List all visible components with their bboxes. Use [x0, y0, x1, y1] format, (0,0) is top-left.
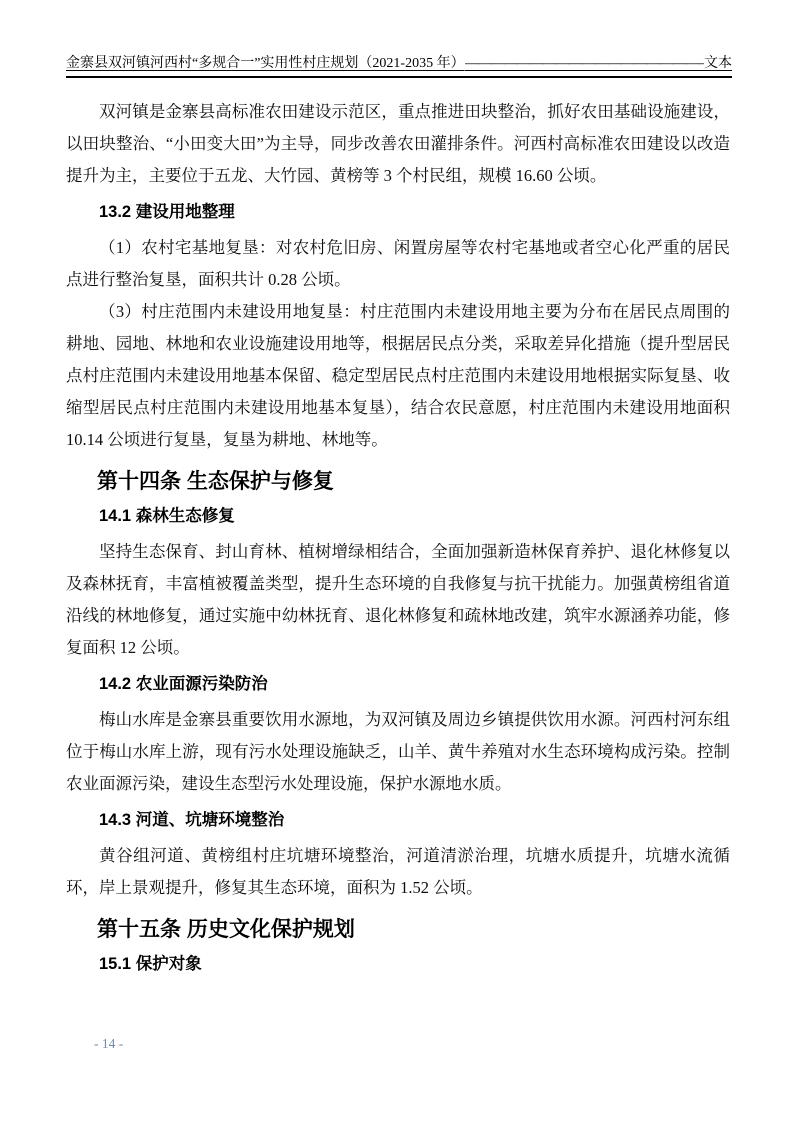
header-doc-type-label: 文本: [704, 55, 732, 73]
page-body: 双河镇是金寨县高标准农田建设示范区，重点推进田块整治，抓好农田基础设施建设，以田…: [66, 96, 730, 984]
heading-article-14-ecology: 第十四条 生态保护与修复: [66, 468, 730, 495]
header-dash-filler: ————————————————————————————————————————: [465, 55, 704, 73]
page-number: - 14 -: [94, 1036, 123, 1052]
heading-article-15-heritage: 第十五条 历史文化保护规划: [66, 916, 730, 943]
paragraph-farmland-construction: 双河镇是金寨县高标准农田建设示范区，重点推进田块整治，抓好农田基础设施建设，以田…: [66, 96, 730, 192]
paragraph-homestead-reclamation: （1）农村宅基地复垦：对农村危旧房、闲置房屋等农村宅基地或者空心化严重的居民点进…: [66, 232, 730, 296]
page-header-line: 金寨县双河镇河西村“多规合一”实用性村庄规划（2021-2035 年） ————…: [66, 55, 732, 73]
heading-13-2-construction-land: 13.2 建设用地整理: [66, 201, 730, 223]
page-header: 金寨县双河镇河西村“多规合一”实用性村庄规划（2021-2035 年） ————…: [66, 55, 732, 78]
heading-14-3-river-pond-improvement: 14.3 河道、坑塘环境整治: [66, 809, 730, 831]
heading-14-2-pollution-control: 14.2 农业面源污染防治: [66, 673, 730, 695]
document-page: 金寨县双河镇河西村“多规合一”实用性村庄规划（2021-2035 年） ————…: [0, 0, 794, 1122]
paragraph-river-pond-improvement: 黄谷组河道、黄榜组村庄坑塘环境整治，河道清淤治理，坑塘水质提升，坑塘水流循环，岸…: [66, 840, 730, 904]
heading-14-1-forest-restoration: 14.1 森林生态修复: [66, 505, 730, 527]
paragraph-pollution-control: 梅山水库是金寨县重要饮用水源地，为双河镇及周边乡镇提供饮用水源。河西村河东组位于…: [66, 704, 730, 800]
heading-15-1-protection-objects: 15.1 保护对象: [66, 953, 730, 975]
paragraph-unbuilt-land-reclamation: （3）村庄范围内未建设用地复垦：村庄范围内未建设用地主要为分布在居民点周围的耕地…: [66, 296, 730, 456]
paragraph-forest-restoration: 坚持生态保育、封山育林、植树增绿相结合，全面加强新造林保育养护、退化林修复以及森…: [66, 536, 730, 664]
header-title: 金寨县双河镇河西村“多规合一”实用性村庄规划（2021-2035 年）: [66, 55, 465, 73]
